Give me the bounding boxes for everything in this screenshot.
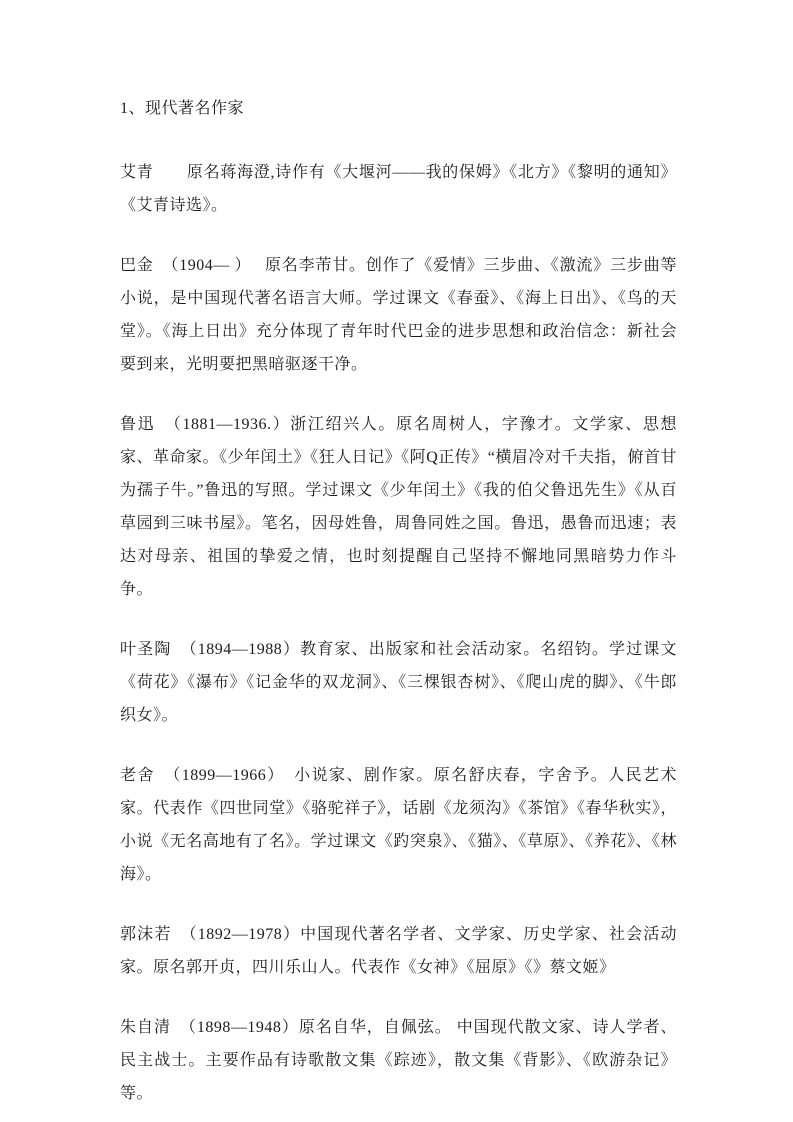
- paragraph-guo-moruo: 郭沫若 （1892—1978）中国现代著名学者、文学家、历史学家、社会活动家。原…: [120, 918, 677, 984]
- document-page: 1、现代著名作家 艾青 原名蒋海澄,诗作有《大堰河——我的保姆》《北方》《黎明的…: [0, 0, 793, 1122]
- paragraph-zhu-ziqing: 朱自清 （1898—1948）原名自华，自佩弦。 中国现代散文家、诗人学者、民主…: [120, 1011, 677, 1110]
- paragraph-ai-qing: 艾青 原名蒋海澄,诗作有《大堰河——我的保姆》《北方》《黎明的通知》《艾青诗选》…: [120, 156, 677, 222]
- document-content: 1、现代著名作家 艾青 原名蒋海澄,诗作有《大堰河——我的保姆》《北方》《黎明的…: [120, 92, 677, 1110]
- document-title: 1、现代著名作家: [120, 92, 677, 125]
- paragraph-ye-shengtao: 叶圣陶 （1894—1988）教育家、出版家和社会活动家。名绍钧。学过课文《荷花…: [120, 633, 677, 732]
- paragraph-lao-she: 老舍 （1899—1966） 小说家、剧作家。原名舒庆春，字舍予。人民艺术家。代…: [120, 759, 677, 891]
- paragraph-ba-jin: 巴金 （1904— ） 原名李芾甘。创作了《爱情》三步曲、《激流》三步曲等小说，…: [120, 249, 677, 381]
- paragraph-lu-xun: 鲁迅 （1881—1936.）浙江绍兴人。原名周树人，字豫才。文学家、思想家、革…: [120, 408, 677, 606]
